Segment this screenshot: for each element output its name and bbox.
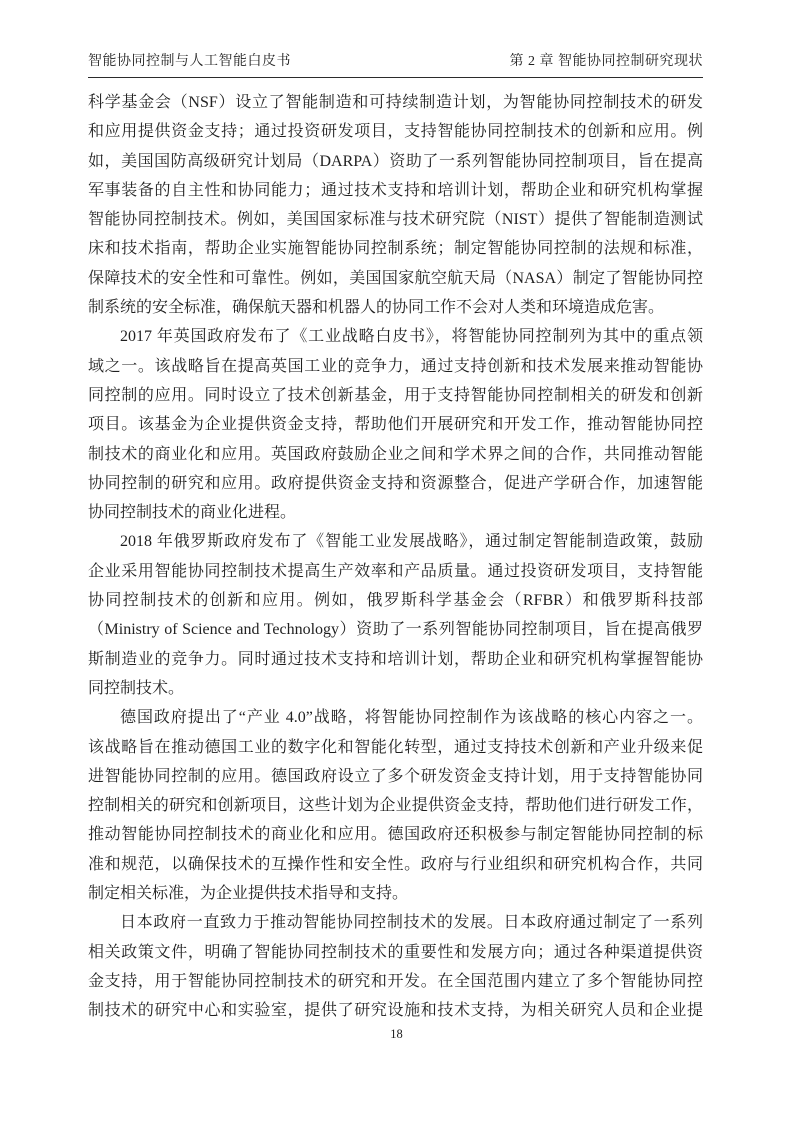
text-line: 同控制技术。	[88, 674, 703, 703]
header-left-title: 智能协同控制与人工智能白皮书	[88, 52, 291, 71]
text-line: 床和技术指南，帮助企业实施智能协同控制系统；制定智能协同控制的法规和标准，	[88, 234, 703, 263]
page-header: 智能协同控制与人工智能白皮书 第 2 章 智能协同控制研究现状	[88, 52, 703, 78]
text-line: 同控制的应用。同时设立了技术创新基金，用于支持智能协同控制相关的研发和创新	[88, 381, 703, 410]
page-number: 18	[390, 1027, 403, 1041]
paragraph: 2017 年英国政府发布了《工业战略白皮书》，将智能协同控制列为其中的重点领 域…	[88, 322, 703, 527]
text-line: 制定相关标准，为企业提供技术指导和支持。	[88, 879, 703, 908]
paragraph: 2018 年俄罗斯政府发布了《智能工业发展战略》，通过制定智能制造政策，鼓励 企…	[88, 527, 703, 703]
text-line: 保障技术的安全性和可靠性。例如，美国国家航空航天局（NASA）制定了智能协同控	[88, 264, 703, 293]
text-line: 控制相关的研究和创新项目，这些计划为企业提供资金支持，帮助他们进行研发工作，	[88, 791, 703, 820]
text-line: 推动智能协同控制技术的商业化和应用。德国政府还积极参与制定智能协同控制的标	[88, 820, 703, 849]
text-line: 智能协同控制技术。例如，美国国家标准与技术研究院（NIST）提供了智能制造测试	[88, 205, 703, 234]
text-line: 协同控制技术的创新和应用。例如，俄罗斯科学基金会（RFBR）和俄罗斯科技部	[88, 586, 703, 615]
text-line: 域之一。该战略旨在提高英国工业的竞争力，通过支持创新和技术发展来推动智能协	[88, 352, 703, 381]
text-line: 该战略旨在推动德国工业的数字化和智能化转型，通过支持技术创新和产业升级来促	[88, 733, 703, 762]
header-right-title: 第 2 章 智能协同控制研究现状	[510, 52, 704, 71]
paragraph: 科学基金会（NSF）设立了智能制造和可持续制造计划，为智能协同控制技术的研发 和…	[88, 88, 703, 322]
text-line: 和应用提供资金支持；通过投资研发项目，支持智能协同控制技术的创新和应用。例	[88, 117, 703, 146]
document-page: 智能协同控制与人工智能白皮书 第 2 章 智能协同控制研究现状 科学基金会（NS…	[0, 0, 793, 1122]
header-divider	[88, 77, 703, 78]
text-line: 制系统的安全标准，确保航天器和机器人的协同工作不会对人类和环境造成危害。	[88, 293, 703, 322]
paragraph: 德国政府提出了“产业 4.0”战略，将智能协同控制作为该战略的核心内容之一。 该…	[88, 703, 703, 908]
text-line: 企业采用智能协同控制技术提高生产效率和产品质量。通过投资研发项目，支持智能	[88, 557, 703, 586]
text-line: 金支持，用于智能协同控制技术的研究和开发。在全国范围内建立了多个智能协同控	[88, 967, 703, 996]
text-line: 如，美国国防高级研究计划局（DARPA）资助了一系列智能协同控制项目，旨在提高	[88, 147, 703, 176]
text-line: 2017 年英国政府发布了《工业战略白皮书》，将智能协同控制列为其中的重点领	[88, 322, 703, 351]
page-header-row: 智能协同控制与人工智能白皮书 第 2 章 智能协同控制研究现状	[88, 52, 703, 77]
text-line: （Ministry of Science and Technology）资助了一…	[88, 615, 703, 644]
text-line: 相关政策文件，明确了智能协同控制技术的重要性和发展方向；通过各种渠道提供资	[88, 938, 703, 967]
text-line: 进智能协同控制的应用。德国政府设立了多个研发资金支持计划，用于支持智能协同	[88, 762, 703, 791]
text-line: 制技术的研究中心和实验室，提供了研究设施和技术支持，为相关研究人员和企业提	[88, 996, 703, 1025]
text-line: 德国政府提出了“产业 4.0”战略，将智能协同控制作为该战略的核心内容之一。	[88, 703, 703, 732]
text-line: 准和规范，以确保技术的互操作性和安全性。政府与行业组织和研究机构合作，共同	[88, 850, 703, 879]
page-footer: 18	[0, 1026, 793, 1042]
text-line: 2018 年俄罗斯政府发布了《智能工业发展战略》，通过制定智能制造政策，鼓励	[88, 527, 703, 556]
text-line: 制技术的商业化和应用。英国政府鼓励企业之间和学术界之间的合作，共同推动智能	[88, 440, 703, 469]
text-line: 科学基金会（NSF）设立了智能制造和可持续制造计划，为智能协同控制技术的研发	[88, 88, 703, 117]
text-line: 斯制造业的竞争力。同时通过技术支持和培训计划，帮助企业和研究机构掌握智能协	[88, 645, 703, 674]
text-line: 军事装备的自主性和协同能力；通过技术支持和培训计划，帮助企业和研究机构掌握	[88, 176, 703, 205]
text-line: 协同控制技术的商业化进程。	[88, 498, 703, 527]
text-line: 项目。该基金为企业提供资金支持，帮助他们开展研究和开发工作，推动智能协同控	[88, 410, 703, 439]
body-text: 科学基金会（NSF）设立了智能制造和可持续制造计划，为智能协同控制技术的研发 和…	[88, 88, 703, 1026]
text-line: 协同控制的研究和应用。政府提供资金支持和资源整合，促进产学研合作，加速智能	[88, 469, 703, 498]
text-line: 日本政府一直致力于推动智能协同控制技术的发展。日本政府通过制定了一系列	[88, 908, 703, 937]
paragraph: 日本政府一直致力于推动智能协同控制技术的发展。日本政府通过制定了一系列 相关政策…	[88, 908, 703, 1025]
